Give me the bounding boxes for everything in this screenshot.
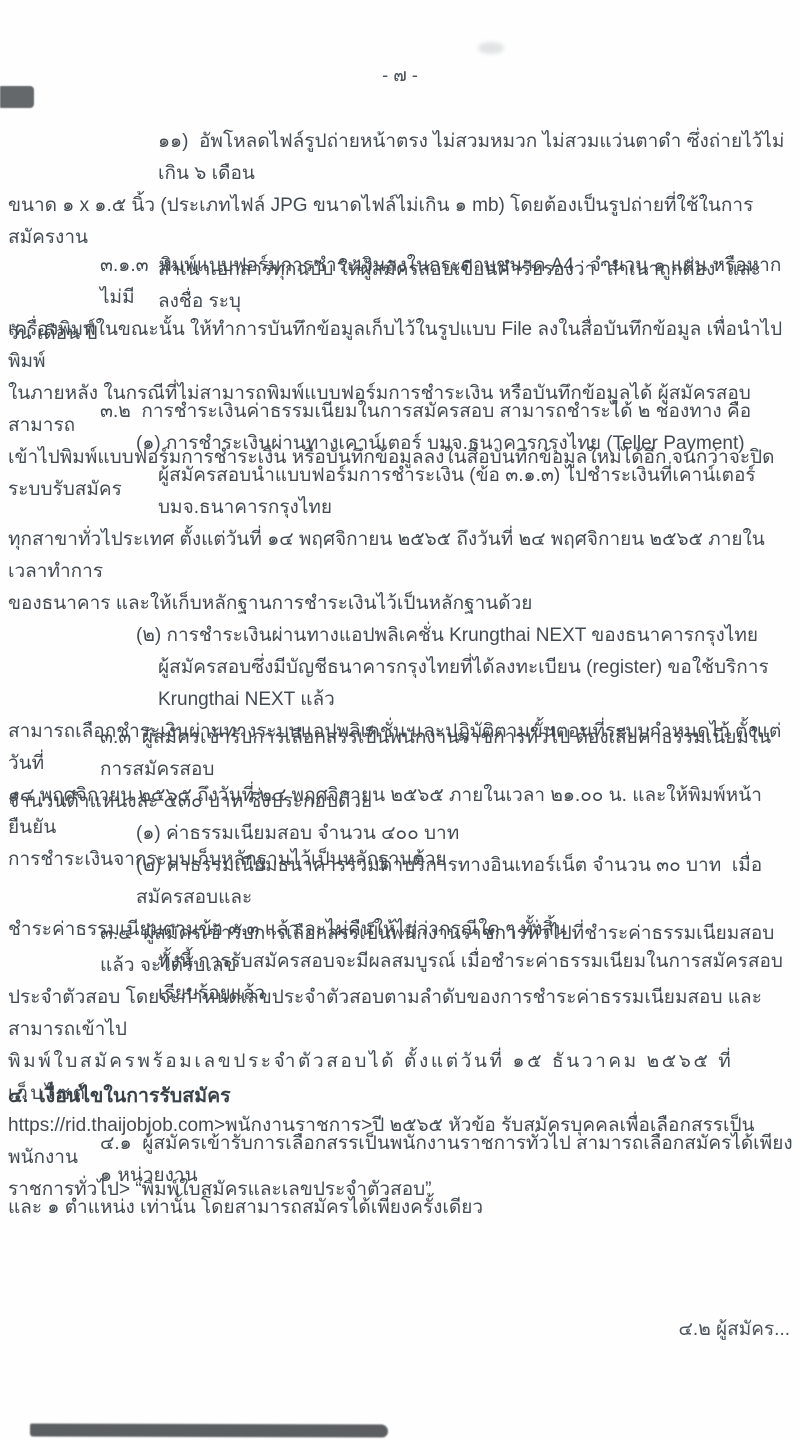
doc-line: (๒) ค่าธรรมเนียมธนาคารรวมค่าบริการทางอิน… — [136, 850, 795, 914]
paragraph-item-4-1: ๔.๑ ผู้สมัครเข้ารับการเลือกสรรเป็นพนักงา… — [8, 1128, 795, 1224]
doc-line: จำนวนตำแหน่งละ ๔๓๐ บาท ซึ่งประกอบด้วย — [8, 786, 795, 818]
doc-line: ผู้สมัครสอบซึ่งมีบัญชีธนาคารกรุงไทยที่ได… — [158, 652, 795, 716]
continuation-note: ๔.๒ ผู้สมัคร... — [679, 1314, 790, 1344]
doc-line: ๓.๒ การชำระเงินค่าธรรมเนียมในการสมัครสอบ… — [100, 396, 795, 428]
document-page: - ๗ - ๑๑) อัพโหลดไฟล์รูปถ่ายหน้าตรง ไม่ส… — [0, 0, 800, 1440]
doc-line: ของธนาคาร และให้เก็บหลักฐานการชำระเงินไว… — [8, 588, 795, 620]
doc-line: ขนาด ๑ x ๑.๕ นิ้ว (ประเภทไฟล์ JPG ขนาดไฟ… — [8, 190, 795, 254]
doc-line: ๓.๑.๓ พิมพ์แบบฟอร์มการชำระเงินลงในกระดาษ… — [100, 250, 795, 314]
scan-artifact-bottom-bar — [30, 1424, 388, 1438]
doc-line: ประจำตัวสอบ โดยจะกำหนดเลขประจำตัวสอบตามล… — [8, 982, 795, 1046]
doc-line: ทุกสาขาทั่วไประเทศ ตั้งแต่วันที่ ๑๔ พฤศจ… — [8, 524, 795, 588]
section-heading: ๔. เงื่อนไขในการรับสมัคร — [8, 1080, 795, 1112]
doc-line: (๑) ค่าธรรมเนียมสอบ จำนวน ๔๐๐ บาท — [136, 818, 795, 850]
scan-smudge — [478, 42, 504, 54]
doc-line: และ ๑ ตำแหน่ง เท่านั้น โดยสามารถสมัครได้… — [8, 1192, 795, 1224]
doc-line: (๑) การชำระเงินผ่านทางเคาน์เตอร์ บมจ.ธนา… — [136, 428, 795, 460]
doc-line: เครื่องพิมพ์ในขณะนั้น ให้ทำการบันทึกข้อม… — [8, 314, 795, 378]
doc-line: ๓.๓ ผู้สมัครเข้ารับการเลือกสรรเป็นพนักงา… — [100, 722, 795, 786]
doc-line: ๓.๔ ผู้สมัครเข้ารับการเลือกสรรเป็นพนักงา… — [100, 918, 795, 982]
section-4: ๔. เงื่อนไขในการรับสมัคร — [8, 1080, 795, 1112]
doc-line: ๔.๑ ผู้สมัครเข้ารับการเลือกสรรเป็นพนักงา… — [100, 1128, 795, 1192]
doc-line: ผู้สมัครสอบนำแบบฟอร์มการชำระเงิน (ข้อ ๓.… — [158, 460, 795, 524]
scan-artifact-top-left — [0, 86, 34, 108]
page-number: - ๗ - — [0, 60, 800, 89]
doc-line: (๒) การชำระเงินผ่านทางแอปพลิเคชั่น Krung… — [136, 620, 795, 652]
doc-line: ๑๑) อัพโหลดไฟล์รูปถ่ายหน้าตรง ไม่สวมหมวก… — [158, 126, 795, 190]
